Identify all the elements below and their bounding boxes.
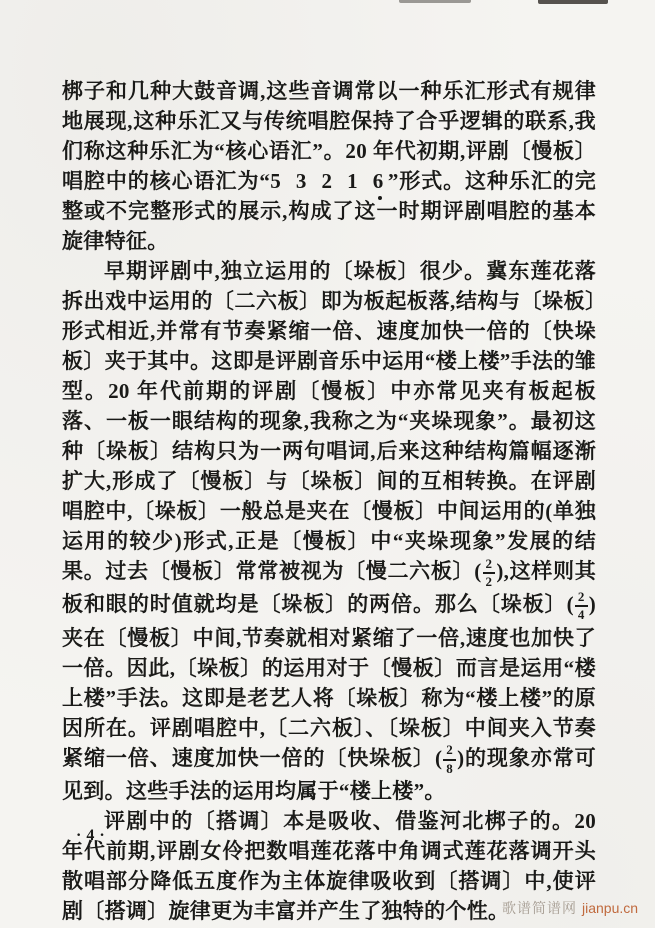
- fraction-numerator: 2: [575, 590, 588, 607]
- watermark-site-name: 歌谱简谱网: [502, 900, 577, 916]
- page-number: ·4·: [76, 827, 110, 845]
- time-signature-2-2: 22: [483, 557, 496, 590]
- fraction-denominator: 8: [443, 761, 456, 776]
- body-text: 早期评剧中,独立运用的〔垛板〕很少。冀东莲花落拆出戏中运用的〔二六板〕即为板起板…: [62, 259, 596, 583]
- paragraph-core-vocabulary: 梆子和几种大鼓音调,这些音调常以一种乐汇形式有规律地展现,这种乐汇又与传统唱腔保…: [62, 76, 596, 256]
- scan-artifact-line: [538, 0, 608, 4]
- paragraph-duoban: 早期评剧中,独立运用的〔垛板〕很少。冀东莲花落拆出戏中运用的〔二六板〕即为板起板…: [62, 256, 596, 806]
- fraction-denominator: 4: [575, 607, 588, 622]
- jianpu-low-octave-digit: 6: [373, 166, 388, 196]
- fraction-denominator: 2: [483, 574, 496, 589]
- fraction-numerator: 2: [443, 743, 456, 760]
- watermark-site-url: jianpu.cn: [582, 900, 638, 916]
- jianpu-notation: 5 3 2 1 6: [270, 169, 388, 193]
- scanned-book-page: 梆子和几种大鼓音调,这些音调常以一种乐汇形式有规律地展现,这种乐汇又与传统唱腔保…: [0, 0, 655, 928]
- time-signature-2-4: 24: [575, 590, 588, 623]
- fraction-numerator: 2: [483, 557, 496, 574]
- body-text: )夹在〔慢板〕中间,节奏就相对紧缩了一倍,速度也加快了一倍。因此,〔垛板〕的运用…: [62, 592, 596, 769]
- time-signature-2-8: 28: [443, 743, 456, 776]
- page-body-text: 梆子和几种大鼓音调,这些音调常以一种乐汇形式有规律地展现,这种乐汇又与传统唱腔保…: [62, 76, 596, 926]
- watermark: 歌谱简谱网jianpu.cn: [502, 898, 638, 918]
- jianpu-notation-digits: 5 3 2 1: [270, 169, 373, 193]
- scan-artifact-line: [399, 0, 471, 3]
